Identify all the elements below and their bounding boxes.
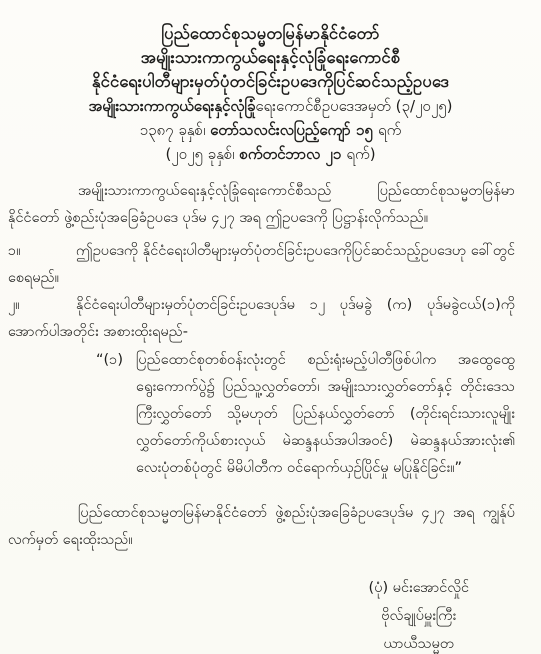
myanmar-date-line: ၁၃၈၇ ခုနှစ်၊ တော်သလင်းလပြည့်ကျော် ၁၅ ရက် bbox=[26, 118, 515, 142]
preamble-paragraph: အမျိုးသားကာကွယ်ရေးနှင့်လုံခြုံရေးကောင်စီ… bbox=[8, 178, 515, 232]
section-2-number: ၂။ bbox=[8, 292, 76, 319]
document-page: ပြည်ထောင်စုသမ္မတမြန်မာနိုင်ငံတော် အမျိုး… bbox=[0, 0, 541, 654]
section-2-text: နိုင်ငံရေးပါတီများမှတ်ပုံတင်ခြင်းဥပဒေပုဒ… bbox=[8, 297, 515, 340]
gregorian-date-line: (၂၀၂၅ ခုနှစ်၊ စက်တင်ဘာလ ၂၁ ရက်) bbox=[26, 142, 515, 166]
section-2: ၂။နိုင်ငံရေးပါတီများမှတ်ပုံတင်ခြင်းဥပဒေပ… bbox=[8, 292, 515, 346]
myanmar-year: ၁၃၈၇ ခုနှစ်၊ bbox=[140, 121, 210, 139]
closing-paragraph: ပြည်ထောင်စုသမ္မတမြန်မာနိုင်ငံတော် ဖွဲ့စည… bbox=[8, 500, 515, 554]
section-1-number: ၁။ bbox=[8, 238, 76, 265]
quote-clause-text: ပြည်ထောင်စုတစ်ဝန်းလုံးတွင် စည်းရုံးမည့်ပ… bbox=[136, 347, 515, 482]
section-1: ၁။ဤဥပဒေကို နိုင်ငံရေးပါတီများမှတ်ပုံတင်ခ… bbox=[8, 238, 515, 292]
law-number-line: အမျိုးသားကာကွယ်ရေးနှင့်လုံခြုံရေးကောင်စီ… bbox=[26, 94, 515, 118]
gregorian-month-day: စက်တင်ဘာလ ၂၁ bbox=[239, 145, 346, 163]
signer-rank: ဗိုလ်ချုပ်မှူးကြီး bbox=[369, 602, 469, 630]
quote-clause-marker: “(၁) bbox=[96, 347, 136, 482]
amended-clause-quote: “(၁) ပြည်ထောင်စုတစ်ဝန်းလုံးတွင် စည်းရုံး… bbox=[96, 347, 515, 482]
document-header: ပြည်ထောင်စုသမ္မတမြန်မာနိုင်ငံတော် အမျိုး… bbox=[26, 22, 515, 166]
myanmar-month-day: တော်သလင်းလပြည့်ကျော် ၁၅ bbox=[210, 121, 378, 139]
law-number-bold-part: အမျိုးသားကာကွယ်ရေးနှင့်လုံခြုံ bbox=[89, 97, 256, 115]
gregorian-year: (၂၀၂၅ ခုနှစ်၊ bbox=[165, 145, 239, 163]
document-body: အမျိုးသားကာကွယ်ရေးနှင့်လုံခြုံရေးကောင်စီ… bbox=[8, 178, 515, 554]
law-number-regular-part: ရေးကောင်စီဥပဒေအမှတ် (၃/၂၀၂၅) bbox=[255, 97, 452, 115]
council-name: အမျိုးသားကာကွယ်ရေးနှင့်လုံခြုံရေးကောင်စီ bbox=[26, 46, 515, 70]
signer-title: ယာယီသမ္မတ bbox=[369, 630, 469, 654]
country-name: ပြည်ထောင်စုသမ္မတမြန်မာနိုင်ငံတော် bbox=[26, 22, 515, 46]
signer-name: (ပုံ) မင်းအောင်လှိုင် bbox=[369, 574, 469, 602]
myanmar-date-suffix: ရက် bbox=[378, 121, 401, 139]
law-title: နိုင်ငံရေးပါတီများမှတ်ပုံတင်ခြင်းဥပဒေကို… bbox=[26, 70, 515, 94]
gregorian-date-suffix: ရက်) bbox=[346, 145, 375, 163]
signature-block: (ပုံ) မင်းအောင်လှိုင် ဗိုလ်ချုပ်မှူးကြီး… bbox=[369, 574, 469, 654]
section-1-text: ဤဥပဒေကို နိုင်ငံရေးပါတီများမှတ်ပုံတင်ခြင… bbox=[8, 243, 515, 286]
